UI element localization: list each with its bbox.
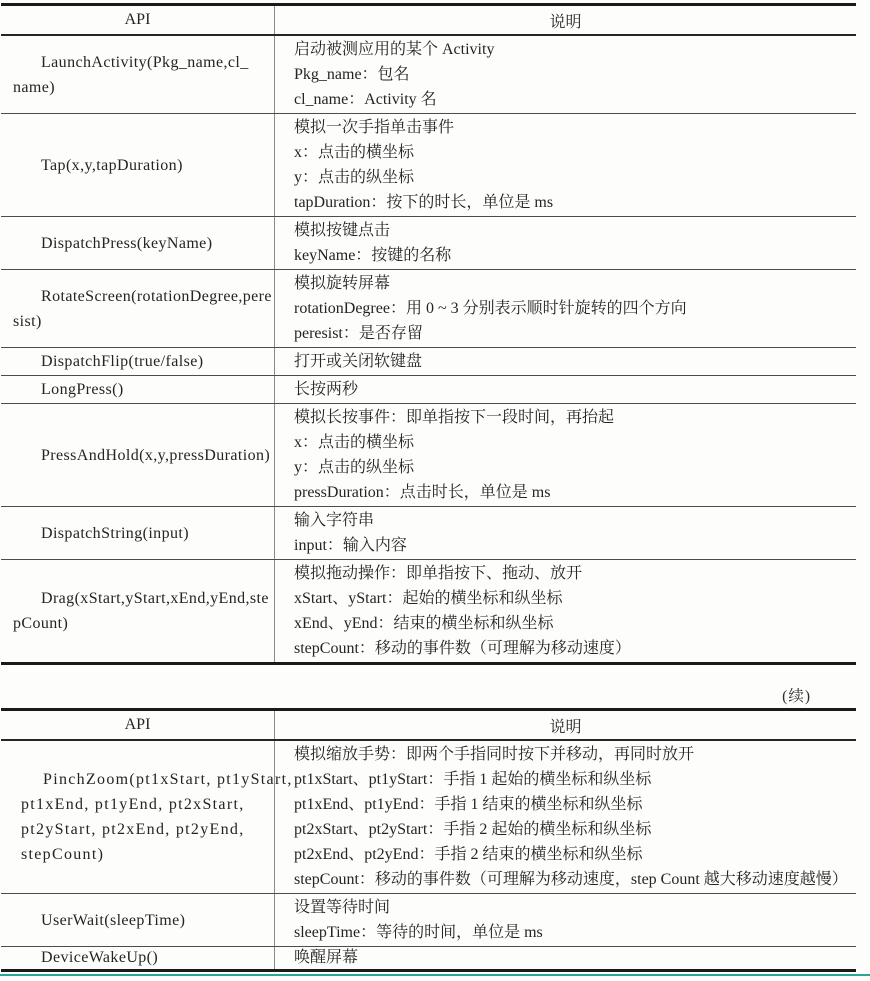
desc-line: y：点击的纵坐标 [294, 165, 852, 190]
header-api: API [1, 711, 275, 739]
api-table-2: API 说明 PinchZoom(pt1xStart, pt1yStart, p… [1, 708, 856, 972]
desc-line: pressDuration：点击时长，单位是 ms [294, 480, 852, 505]
desc-line: cl_name：Activity 名 [294, 87, 852, 112]
desc-line: xStart、yStart：起始的横坐标和纵坐标 [294, 586, 852, 611]
desc-cell: 打开或关闭软键盘 [275, 348, 856, 375]
desc-line: 输入字符串 [294, 508, 852, 533]
desc-line: 模拟长按事件：即单指按下一段时间，再抬起 [294, 405, 852, 430]
api-cell: Drag(xStart,yStart,xEnd,yEnd,ste pCount) [1, 560, 275, 662]
desc-line: keyName：按键的名称 [294, 243, 852, 268]
api-name-line: stepCount) [1, 842, 272, 867]
desc-line: stepCount：移动的事件数（可理解为移动速度，step Count 越大移… [294, 867, 852, 892]
desc-line: peresist：是否存留 [294, 321, 852, 346]
header-desc: 说明 [275, 711, 856, 739]
api-name-line: pt1xEnd, pt1yEnd, pt2xStart, [1, 792, 272, 817]
api-cell: LaunchActivity(Pkg_name,cl_ name) [1, 36, 275, 113]
desc-line: 模拟旋转屏幕 [294, 271, 852, 296]
header-desc: 说明 [275, 6, 856, 34]
desc-line: x：点击的横坐标 [294, 430, 852, 455]
table-row: UserWait(sleepTime) 设置等待时间 sleepTime：等待的… [1, 893, 856, 946]
api-name-line: DispatchPress(keyName) [1, 231, 272, 256]
continued-marker-row: (续) [0, 665, 855, 708]
desc-cell: 唤醒屏幕 [275, 947, 856, 969]
desc-line: sleepTime：等待的时间，单位是 ms [294, 920, 852, 945]
desc-line: pt2xStart、pt2yStart：手指 2 起始的横坐标和纵坐标 [294, 817, 852, 842]
table-row: DeviceWakeUp() 唤醒屏幕 [1, 946, 856, 969]
api-name-line: DeviceWakeUp() [1, 948, 272, 968]
api-name-line: DispatchString(input) [1, 521, 272, 546]
table-row: PressAndHold(x,y,pressDuration) 模拟长按事件：即… [1, 403, 856, 506]
desc-cell: 启动被测应用的某个 Activity Pkg_name：包名 cl_name：A… [275, 36, 856, 113]
continued-label: (续) [782, 686, 811, 708]
api-name-line: LaunchActivity(Pkg_name,cl_ [1, 50, 272, 75]
table-row: DispatchFlip(true/false) 打开或关闭软键盘 [1, 347, 856, 375]
desc-cell: 模拟拖动操作：即单指按下、拖动、放开 xStart、yStart：起始的横坐标和… [275, 560, 856, 662]
desc-line: 模拟拖动操作：即单指按下、拖动、放开 [294, 561, 852, 586]
desc-line: 模拟缩放手势：即两个手指同时按下并移动，再同时放开 [294, 742, 852, 767]
api-name-line: Tap(x,y,tapDuration) [1, 153, 272, 178]
teal-divider-rule [0, 974, 870, 976]
desc-line: tapDuration：按下的时长，单位是 ms [294, 190, 852, 215]
api-cell: RotateScreen(rotationDegree,pere sist) [1, 270, 275, 347]
desc-line: 长按两秒 [294, 377, 852, 402]
header-api: API [1, 6, 275, 34]
table-row: DispatchPress(keyName) 模拟按键点击 keyName：按键… [1, 216, 856, 269]
desc-cell: 设置等待时间 sleepTime：等待的时间，单位是 ms [275, 894, 856, 946]
api-name-line: UserWait(sleepTime) [1, 908, 272, 933]
desc-line: 设置等待时间 [294, 895, 852, 920]
table-header-row: API 说明 [1, 711, 856, 741]
desc-line: pt2xEnd、pt2yEnd：手指 2 结束的横坐标和纵坐标 [294, 842, 852, 867]
api-name-line: pCount) [1, 611, 272, 636]
desc-line: stepCount：移动的事件数（可理解为移动速度） [294, 636, 852, 661]
api-name-line: RotateScreen(rotationDegree,pere [1, 284, 272, 309]
api-cell: DispatchString(input) [1, 507, 275, 559]
desc-cell: 模拟旋转屏幕 rotationDegree：用 0 ~ 3 分别表示顺时针旋转的… [275, 270, 856, 347]
desc-line: y：点击的纵坐标 [294, 455, 852, 480]
desc-line: 启动被测应用的某个 Activity [294, 37, 852, 62]
desc-line: input：输入内容 [294, 533, 852, 558]
document-page: API 说明 LaunchActivity(Pkg_name,cl_ name)… [0, 0, 870, 981]
api-name-line: Drag(xStart,yStart,xEnd,yEnd,ste [1, 586, 272, 611]
api-name-line: PinchZoom(pt1xStart, pt1yStart, [1, 767, 272, 792]
api-name-line: pt2yStart, pt2xEnd, pt2yEnd, [1, 817, 272, 842]
table-row: Drag(xStart,yStart,xEnd,yEnd,ste pCount)… [1, 559, 856, 662]
api-name-line: name) [1, 75, 272, 100]
desc-cell: 模拟长按事件：即单指按下一段时间，再抬起 x：点击的横坐标 y：点击的纵坐标 p… [275, 404, 856, 506]
table-row: Tap(x,y,tapDuration) 模拟一次手指单击事件 x：点击的横坐标… [1, 113, 856, 216]
desc-line: xEnd、yEnd：结束的横坐标和纵坐标 [294, 611, 852, 636]
desc-line: 模拟按键点击 [294, 218, 852, 243]
table-row: LongPress() 长按两秒 [1, 375, 856, 403]
desc-line: Pkg_name：包名 [294, 62, 852, 87]
api-table-1: API 说明 LaunchActivity(Pkg_name,cl_ name)… [1, 3, 856, 665]
api-cell: LongPress() [1, 376, 275, 403]
api-cell: DispatchFlip(true/false) [1, 348, 275, 375]
desc-line: 唤醒屏幕 [294, 948, 852, 968]
table-row: DispatchString(input) 输入字符串 input：输入内容 [1, 506, 856, 559]
desc-line: 打开或关闭软键盘 [294, 349, 852, 374]
api-cell: PinchZoom(pt1xStart, pt1yStart, pt1xEnd,… [1, 741, 275, 893]
desc-cell: 长按两秒 [275, 376, 856, 403]
api-cell: Tap(x,y,tapDuration) [1, 114, 275, 216]
api-name-line: DispatchFlip(true/false) [1, 349, 272, 374]
desc-cell: 模拟按键点击 keyName：按键的名称 [275, 217, 856, 269]
desc-line: pt1xStart、pt1yStart：手指 1 起始的横坐标和纵坐标 [294, 767, 852, 792]
table-header-row: API 说明 [1, 6, 856, 36]
api-cell: PressAndHold(x,y,pressDuration) [1, 404, 275, 506]
api-name-line: sist) [1, 309, 272, 334]
api-name-line: PressAndHold(x,y,pressDuration) [1, 443, 272, 468]
desc-line: rotationDegree：用 0 ~ 3 分别表示顺时针旋转的四个方向 [294, 296, 852, 321]
desc-line: 模拟一次手指单击事件 [294, 115, 852, 140]
table-row: LaunchActivity(Pkg_name,cl_ name) 启动被测应用… [1, 36, 856, 113]
desc-line: x：点击的横坐标 [294, 140, 852, 165]
desc-cell: 输入字符串 input：输入内容 [275, 507, 856, 559]
api-cell: UserWait(sleepTime) [1, 894, 275, 946]
desc-cell: 模拟缩放手势：即两个手指同时按下并移动，再同时放开 pt1xStart、pt1y… [275, 741, 856, 893]
api-name-line: LongPress() [1, 377, 272, 402]
table-row: PinchZoom(pt1xStart, pt1yStart, pt1xEnd,… [1, 741, 856, 893]
desc-cell: 模拟一次手指单击事件 x：点击的横坐标 y：点击的纵坐标 tapDuration… [275, 114, 856, 216]
api-cell: DeviceWakeUp() [1, 947, 275, 969]
api-cell: DispatchPress(keyName) [1, 217, 275, 269]
desc-line: pt1xEnd、pt1yEnd：手指 1 结束的横坐标和纵坐标 [294, 792, 852, 817]
table-row: RotateScreen(rotationDegree,pere sist) 模… [1, 269, 856, 347]
